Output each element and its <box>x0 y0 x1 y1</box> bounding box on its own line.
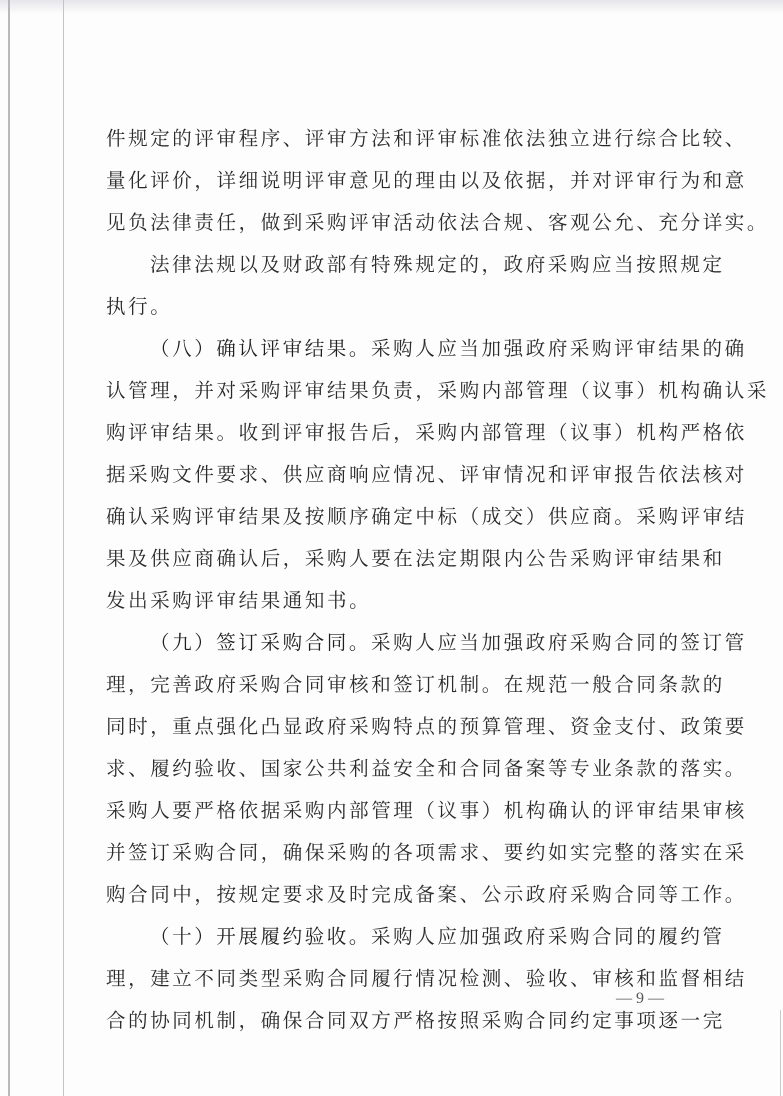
text-run: 采购人应当加强政府采购合同的签订管 <box>371 631 747 654</box>
document-page: 件规定的评审程序、评审方法和评审标准依法独立进行综合比较、 量化评价，详细说明评… <box>0 0 783 1096</box>
text-run: 采购人应加强政府采购合同的履约管 <box>371 925 725 948</box>
section-heading-9: （九）签订采购合同。 <box>150 631 371 654</box>
text-line: 同时，重点强化凸显政府采购特点的预算管理、资金支付、政策要 <box>106 706 686 748</box>
text-line: 认管理，并对采购评审结果负责，采购内部管理（议事）机构确认采 <box>106 370 686 412</box>
text-line: 求、履约验收、国家公共利益安全和合同备案等专业条款的落实。 <box>106 748 686 790</box>
scan-margin-line <box>8 0 10 1096</box>
scan-margin-line <box>63 0 64 1096</box>
text-line: 购评审结果。收到评审报告后，采购内部管理（议事）机构严格依 <box>106 412 686 454</box>
text-line: 据采购文件要求、供应商响应情况、评审情况和评审报告依法核对 <box>106 454 686 496</box>
section-heading-8: （八）确认评审结果。 <box>150 337 371 360</box>
text-line: 购合同中，按规定要求及时完成备案、公示政府采购合同等工作。 <box>106 874 686 916</box>
text-line: 执行。 <box>106 286 686 328</box>
text-line: 件规定的评审程序、评审方法和评审标准依法独立进行综合比较、 <box>106 118 686 160</box>
text-line: 量化评价，详细说明评审意见的理由以及依据，并对评审行为和意 <box>106 160 686 202</box>
paragraph-start-line: 法律法规以及财政部有特殊规定的，政府采购应当按照规定 <box>106 244 686 286</box>
text-line: 确认采购评审结果及按顺序确定中标（成交）供应商。采购评审结 <box>106 496 686 538</box>
document-body: 件规定的评审程序、评审方法和评审标准依法独立进行综合比较、 量化评价，详细说明评… <box>106 118 686 1042</box>
text-line: 理，完善政府采购合同审核和签订机制。在规范一般合同条款的 <box>106 664 686 706</box>
text-line: 并签订采购合同，确保采购的各项需求、要约如实完整的落实在采 <box>106 832 686 874</box>
section-8-first-line: （八）确认评审结果。采购人应当加强政府采购评审结果的确 <box>106 328 686 370</box>
scan-top-shadow <box>0 0 783 14</box>
page-number: — 9 — <box>580 990 700 1008</box>
text-line: 见负法律责任，做到采购评审活动依法合规、客观公允、充分详实。 <box>106 202 686 244</box>
scan-margin-line <box>780 1010 781 1096</box>
text-run: 采购人应当加强政府采购评审结果的确 <box>371 337 747 360</box>
section-9-first-line: （九）签订采购合同。采购人应当加强政府采购合同的签订管 <box>106 622 686 664</box>
text-line: 发出采购评审结果通知书。 <box>106 580 686 622</box>
text-line: 果及供应商确认后，采购人要在法定期限内公告采购评审结果和 <box>106 538 686 580</box>
section-heading-10: （十）开展履约验收。 <box>150 925 371 948</box>
section-10-first-line: （十）开展履约验收。采购人应加强政府采购合同的履约管 <box>106 916 686 958</box>
text-line: 采购人要严格依据采购内部管理（议事）机构确认的评审结果审核 <box>106 790 686 832</box>
